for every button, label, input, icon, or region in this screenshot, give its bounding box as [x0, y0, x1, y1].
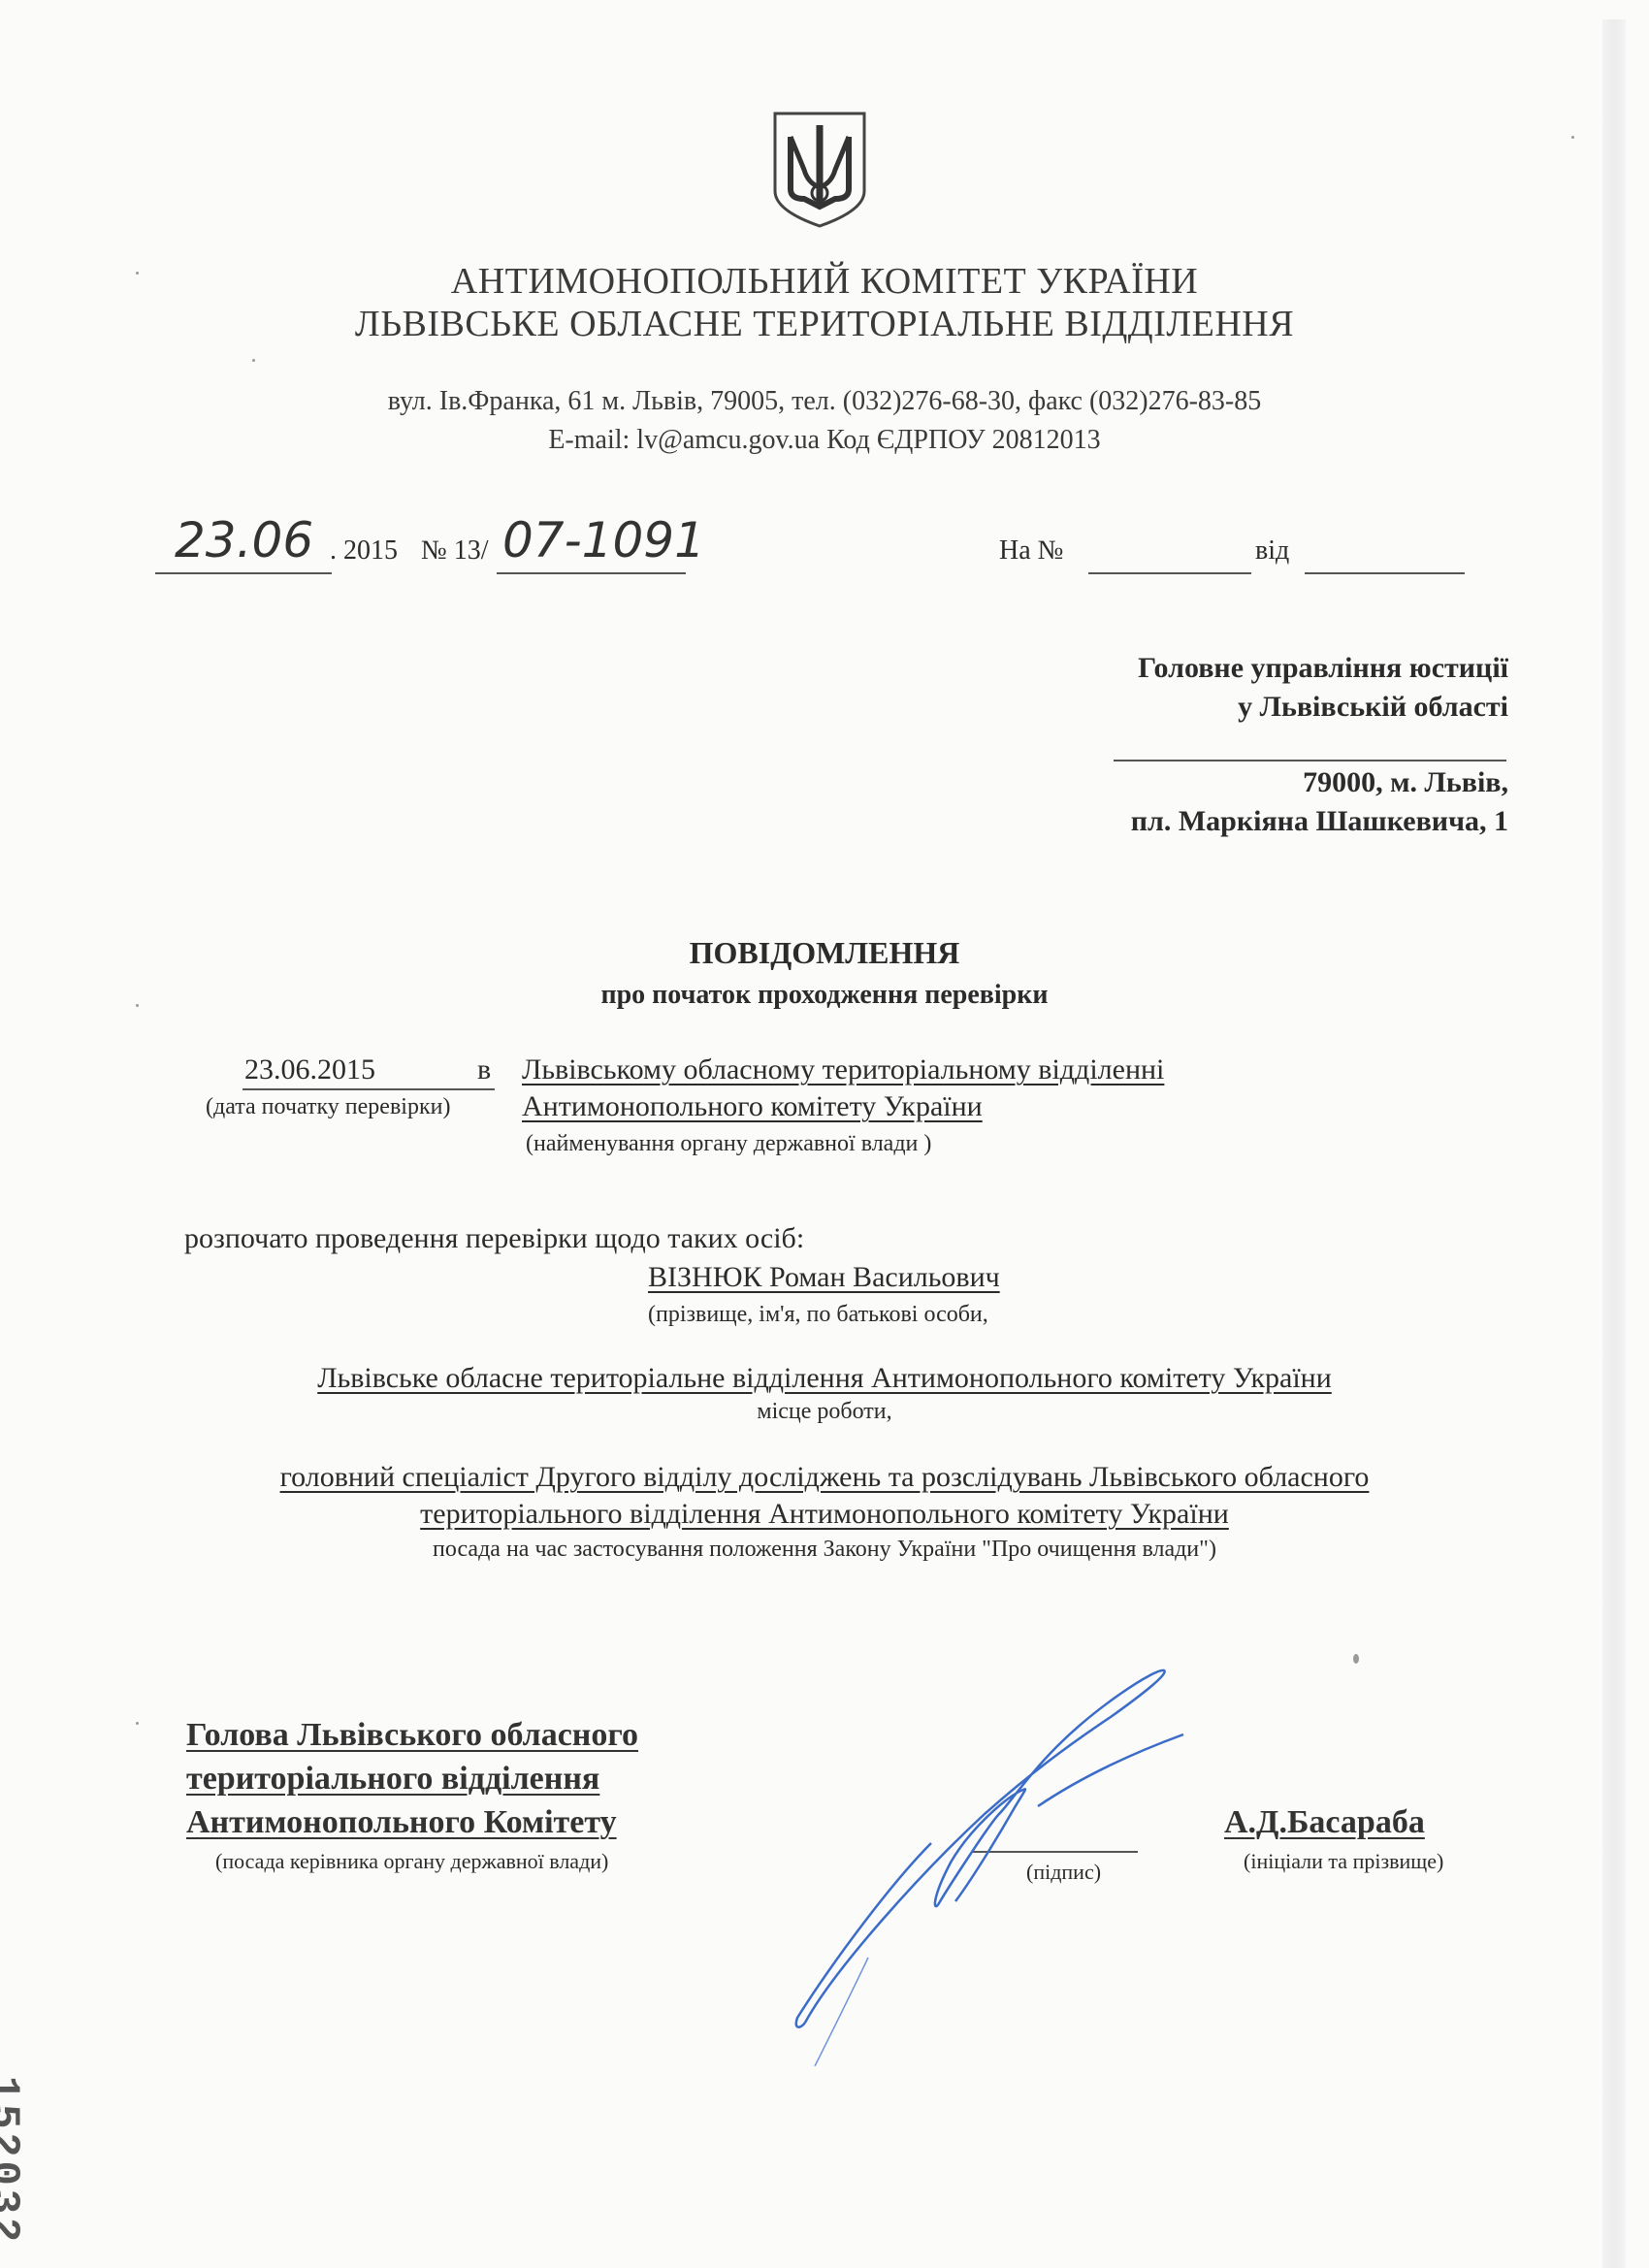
workplace: Львівське обласне територіальне відділен… [0, 1362, 1649, 1395]
date-underline [155, 572, 332, 574]
authority-line1: Львівському обласному територіальному ві… [522, 1053, 1164, 1086]
authority-line2: Антимонопольного комітету України [522, 1090, 983, 1123]
signer-title-line2: територіального відділення [186, 1761, 599, 1798]
from-label: від [1255, 535, 1289, 567]
outgoing-year: . 2015 [330, 535, 398, 567]
from-date-field [1305, 572, 1465, 574]
org-name-line1: АНТИМОНОПОЛЬНИЙ КОМІТЕТ УКРАЇНИ [0, 260, 1649, 303]
number-underline [497, 572, 686, 574]
person-name: ВІЗНЮК Роман Васильович [648, 1261, 1000, 1294]
org-email-code: E-mail: lv@amcu.gov.ua Код ЄДРПОУ 208120… [0, 425, 1649, 456]
start-date-underline [242, 1088, 495, 1090]
org-address: вул. Ів.Франка, 61 м. Львів, 79005, тел.… [0, 386, 1649, 417]
signer-title-caption: (посада керівника органу державної влади… [215, 1849, 608, 1874]
handwritten-signature [776, 1649, 1222, 2066]
outgoing-date-handwritten: 23.06 [175, 512, 313, 568]
reply-to-label: На № [999, 535, 1063, 567]
start-date-caption: (дата початку перевірки) [206, 1094, 450, 1120]
workplace-caption: місце роботи, [0, 1399, 1649, 1425]
scan-edge-band [1602, 19, 1626, 2268]
addressee-line2: у Львівській області [1238, 691, 1508, 724]
scan-speck [252, 359, 255, 362]
signer-title-line3: Антимонопольного Комітету [186, 1804, 617, 1841]
signatory-name: А.Д.Басараба [1224, 1804, 1425, 1841]
addressee-divider [1114, 760, 1506, 761]
start-date: 23.06.2015 [244, 1053, 375, 1086]
scan-speck [136, 1004, 139, 1007]
authority-caption: (найменування органу державної влади ) [526, 1131, 931, 1157]
position-line2: територіального відділення Антимонопольн… [0, 1498, 1649, 1531]
reply-to-number-field [1088, 572, 1251, 574]
scan-speck [136, 1722, 139, 1725]
scan-speck [1571, 136, 1574, 139]
signatory-caption: (ініціали та прізвище) [1244, 1849, 1443, 1874]
position-line1: головний спеціаліст Другого відділу досл… [0, 1461, 1649, 1494]
scan-speck [136, 272, 139, 275]
org-name-line2: ЛЬВІВСЬКЕ ОБЛАСНЕ ТЕРИТОРІАЛЬНЕ ВІДДІЛЕН… [0, 303, 1649, 345]
inspection-intro: розпочато проведення перевірки щодо таки… [184, 1222, 804, 1255]
coat-of-arms-icon [771, 110, 868, 230]
addressee-line3: 79000, м. Львів, [1303, 766, 1508, 799]
outgoing-number-prefix: № 13/ [421, 535, 489, 567]
person-caption: (прізвище, ім'я, по батькові особи, [648, 1302, 988, 1328]
notice-subtitle: про початок проходження перевірки [0, 980, 1649, 1011]
scan-speck [1353, 1654, 1359, 1664]
notice-title: ПОВІДОМЛЕННЯ [0, 935, 1649, 971]
outgoing-number-handwritten: 07-1091 [502, 512, 705, 568]
registration-stamp: 152032 [0, 2076, 27, 2246]
addressee-line1: Головне управління юстиції [1138, 652, 1508, 685]
signer-title-line1: Голова Львівського обласного [186, 1717, 638, 1754]
addressee-line4: пл. Маркіяна Шашкевича, 1 [1131, 805, 1508, 838]
position-caption: посада на час застосування положення Зак… [0, 1537, 1649, 1563]
in-word: в [477, 1053, 491, 1086]
